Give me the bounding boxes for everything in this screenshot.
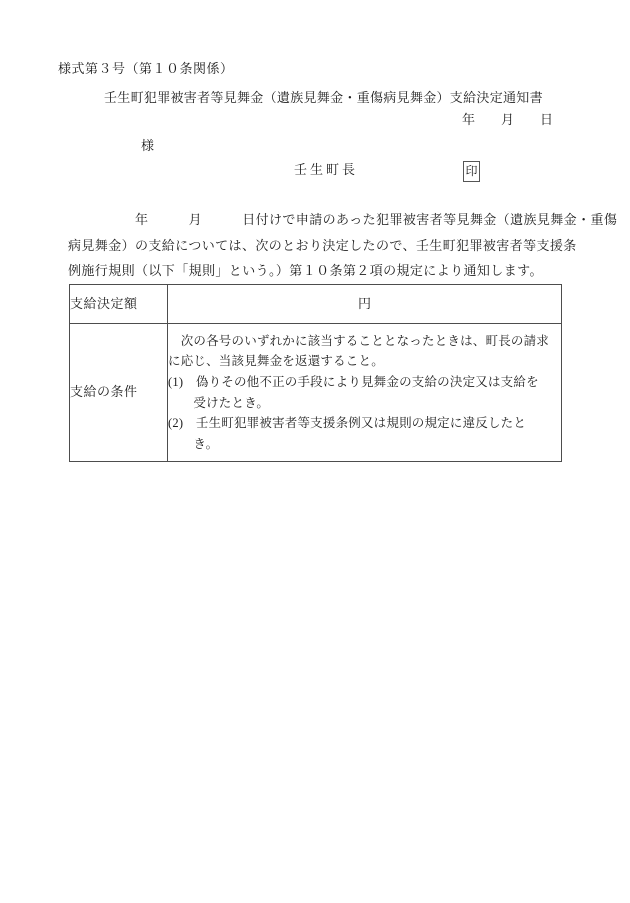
form-number: 様式第３号（第１０条関係） — [58, 62, 234, 77]
condition-line: き。 — [168, 434, 561, 455]
body-line: 例施行規則（以下「規則」という。）第１０条第２項の規定により通知します。 — [68, 258, 598, 284]
conditions-label: 支給の条件 — [70, 324, 168, 462]
decision-table: 支給決定額 円 支給の条件 次の各号のいずれかに該当することとなったときは、町長… — [69, 284, 562, 462]
table-row-amount: 支給決定額 円 — [70, 285, 562, 324]
condition-line: 次の各号のいずれかに該当することとなったときは、町長の請求 — [168, 331, 561, 352]
condition-line: (2) 壬生町犯罪被害者等支援条例又は規則の規定に違反したと — [168, 413, 561, 434]
body-line: 年 月 日付けで申請のあった犯罪被害者等見舞金（遺族見舞金・重傷 — [68, 207, 598, 233]
body-line: 病見舞金）の支給については、次のとおり決定したので、壬生町犯罪被害者等支援条 — [68, 233, 598, 259]
condition-line: に応じ、当該見舞金を返還すること。 — [168, 351, 561, 372]
amount-label: 支給決定額 — [70, 285, 168, 324]
issue-date-blank: 年 月 日 — [462, 113, 553, 128]
condition-line: (1) 偽りその他不正の手段により見舞金の支給の決定又は支給を — [168, 372, 561, 393]
seal-box: 印 — [463, 161, 480, 182]
amount-value-cell: 円 — [168, 285, 562, 324]
document-page: 様式第３号（第１０条関係） 壬生町犯罪被害者等見舞金（遺族見舞金・重傷病見舞金）… — [0, 0, 630, 903]
table-row-conditions: 支給の条件 次の各号のいずれかに該当することとなったときは、町長の請求 に応じ、… — [70, 324, 562, 462]
conditions-content: 次の各号のいずれかに該当することとなったときは、町長の請求 に応じ、当該見舞金を… — [168, 324, 562, 462]
document-title: 壬生町犯罪被害者等見舞金（遺族見舞金・重傷病見舞金）支給決定通知書 — [104, 91, 543, 106]
seal-character: 印 — [465, 165, 477, 179]
body-paragraph: 年 月 日付けで申請のあった犯罪被害者等見舞金（遺族見舞金・重傷 病見舞金）の支… — [68, 207, 598, 284]
sender-title: 壬生町長 — [294, 163, 358, 178]
addressee-suffix: 様 — [141, 139, 154, 154]
condition-line: 受けたとき。 — [168, 393, 561, 414]
